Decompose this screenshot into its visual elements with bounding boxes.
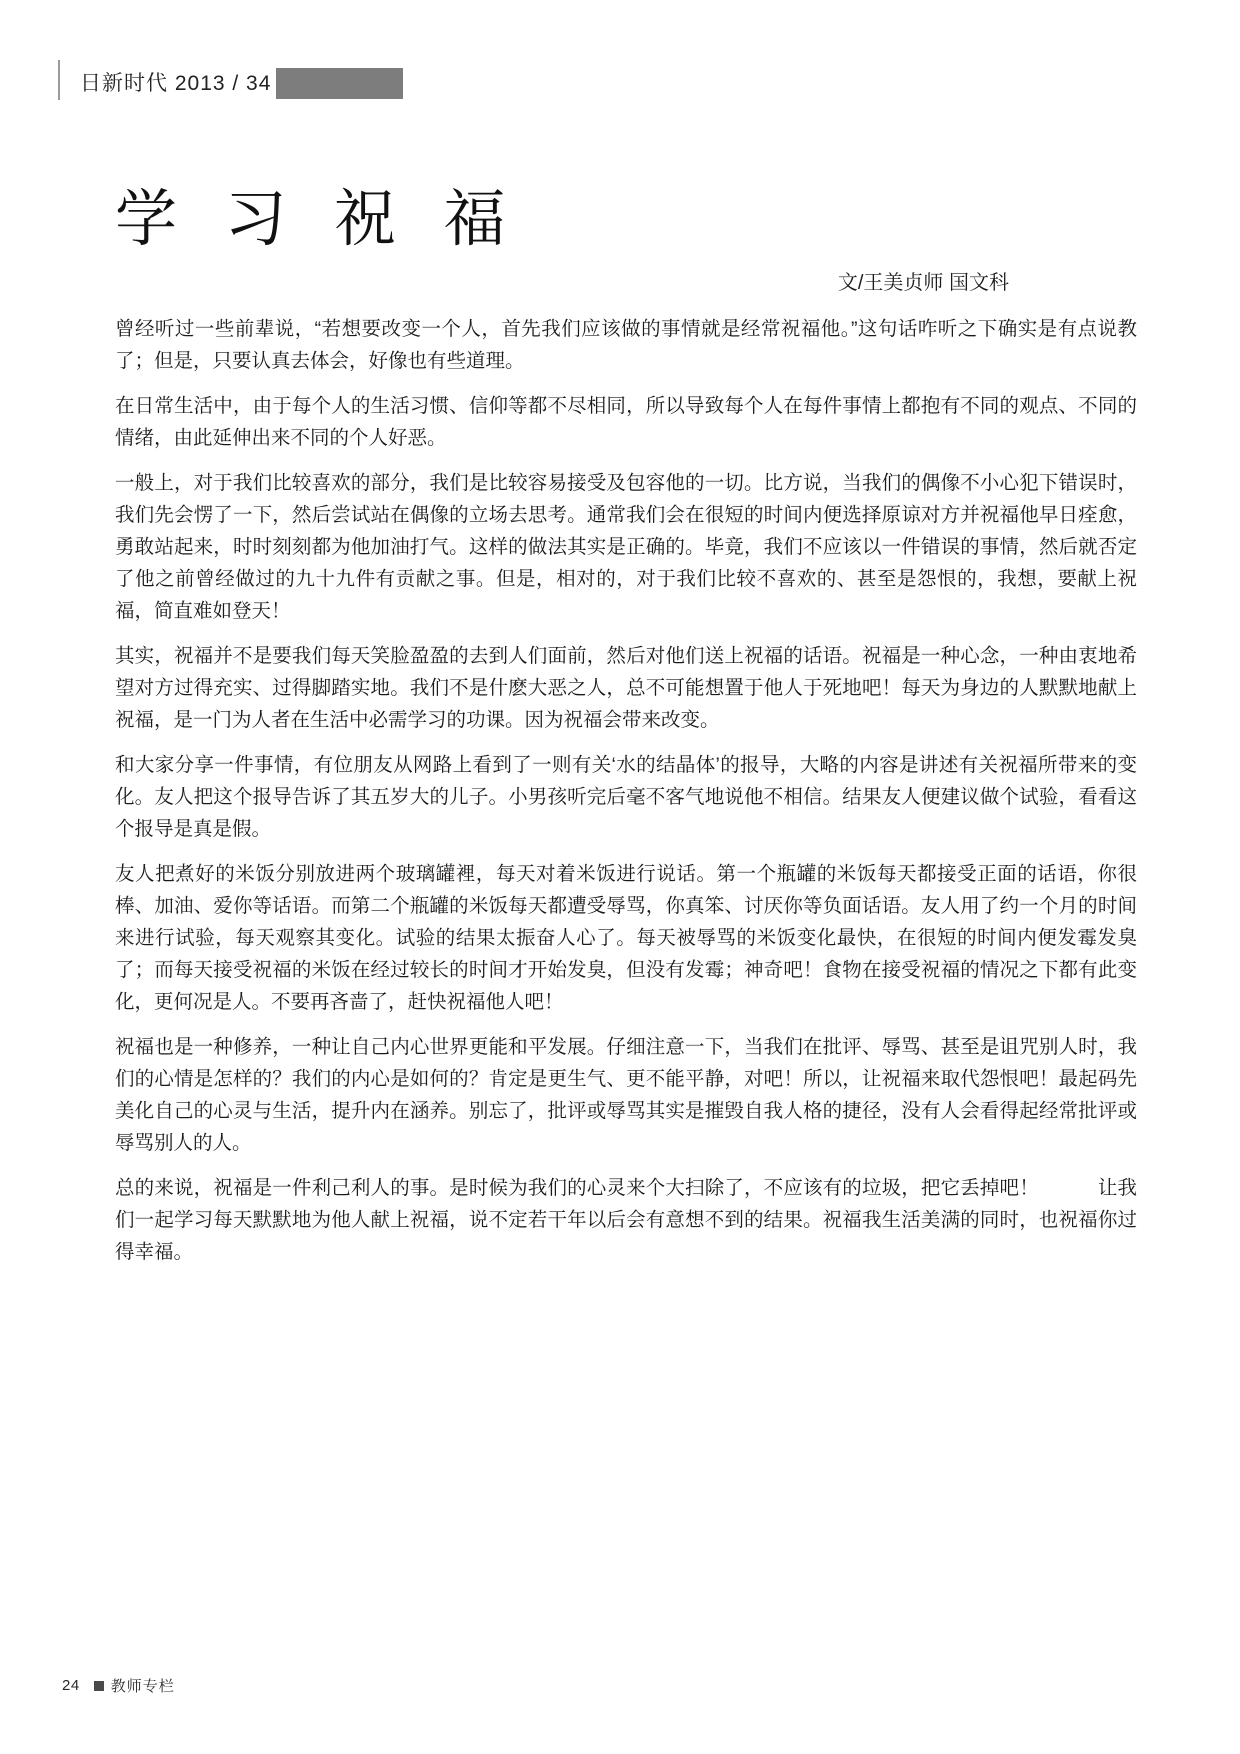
article-title: 学 习 祝 福 [115,185,1137,256]
issue-label: 日新时代 2013 / 34 [80,67,271,97]
header-rule [58,60,60,100]
header-gray-bar [276,68,403,99]
paragraph: 其实，祝福并不是要我们每天笑脸盈盈的去到人们面前，然后对他们送上祝福的话语。祝福… [115,640,1137,736]
article-body: 曾经听过一些前辈说，“若想要改变一个人，首先我们应该做的事情就是经常祝福他。”这… [115,313,1137,1268]
paragraph: 曾经听过一些前辈说，“若想要改变一个人，首先我们应该做的事情就是经常祝福他。”这… [115,313,1137,377]
page-header: 日新时代 2013 / 34 [58,58,1182,102]
section-label: 教师专栏 [111,1675,175,1696]
square-marker-icon [94,1681,104,1691]
article-byline: 文/王美贞师 国文科 [115,266,1137,295]
paragraph: 一般上，对于我们比较喜欢的部分，我们是比较容易接受及包容他的一切。比方说，当我们… [115,467,1137,627]
paragraph: 在日常生活中，由于每个人的生活习惯、信仰等都不尽相同，所以导致每个人在每件事情上… [115,390,1137,454]
paragraph: 祝福也是一种修养，一种让自己内心世界更能和平发展。仔细注意一下，当我们在批评、辱… [115,1031,1137,1159]
magazine-page: 日新时代 2013 / 34 学 习 祝 福 文/王美贞师 国文科 曾经听过一些… [0,0,1240,1754]
paragraph: 总的来说，祝福是一件利己利人的事。是时候为我们的心灵来个大扫除了，不应该有的垃圾… [115,1172,1137,1268]
page-number: 24 [62,1677,80,1694]
article: 学 习 祝 福 文/王美贞师 国文科 曾经听过一些前辈说，“若想要改变一个人，首… [115,185,1137,1268]
paragraph: 友人把煮好的米饭分别放进两个玻璃罐裡，每天对着米饭进行说话。第一个瓶罐的米饭每天… [115,858,1137,1018]
page-footer: 24 教师专栏 [62,1675,175,1696]
paragraph: 和大家分享一件事情，有位朋友从网路上看到了一则有关‘水的结晶体’的报导，大略的内… [115,749,1137,845]
